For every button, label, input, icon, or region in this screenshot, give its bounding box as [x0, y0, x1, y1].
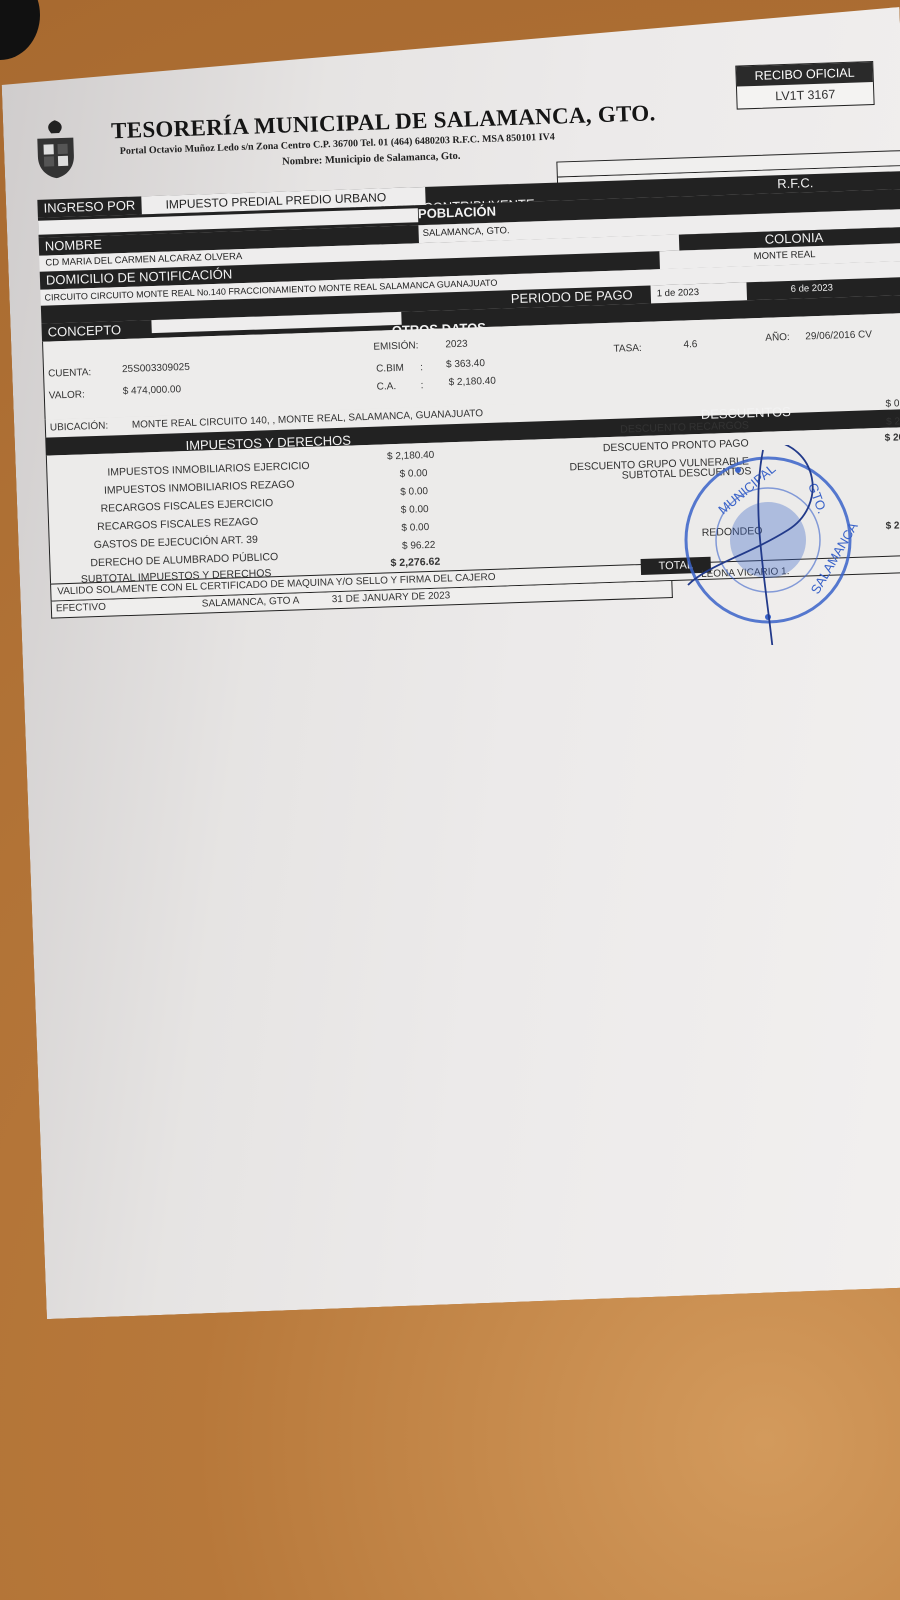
- ubicacion-label: UBICACIÓN:: [50, 418, 109, 438]
- impuesto-value: $ 0.00: [399, 465, 427, 484]
- valor-value: $ 474,000.00: [122, 381, 181, 401]
- subtotal-descuentos-value: $ 261: [884, 429, 900, 448]
- periodo-hasta: 6 de 2023: [790, 279, 833, 298]
- payment-date: 31 DE JANUARY DE 2023: [332, 588, 451, 608]
- municipal-coat-of-arms-icon: [31, 117, 81, 181]
- nombre-label: NOMBRE: [45, 236, 103, 256]
- cbim-sep: :: [420, 359, 423, 377]
- receipt-number: LV1T 3167: [737, 82, 874, 108]
- rfc-label: R.F.C.: [777, 174, 814, 193]
- receipt-document: TESORERÍA MUNICIPAL DE SALAMANCA, GTO. P…: [0, 0, 900, 1299]
- subtotal-impuestos-value: $ 2,276.62: [390, 553, 440, 573]
- ca-sep: :: [420, 377, 423, 395]
- cuenta-label: CUENTA:: [48, 364, 92, 383]
- impuesto-value: $ 0.00: [401, 501, 429, 520]
- tasa-label: TASA:: [613, 340, 642, 359]
- ca-label: C.A.: [376, 378, 396, 397]
- cuenta-value: 25S003309025: [122, 359, 190, 379]
- total-value: $ 2,01: [885, 517, 900, 536]
- anio-value: 29/06/2016 CV: [805, 326, 872, 346]
- anio-label: AÑO:: [765, 329, 790, 348]
- ca-value: $ 2,180.40: [448, 373, 496, 393]
- descuento-value: $ 0.: [885, 395, 900, 414]
- impuesto-value: $ 0.00: [400, 483, 428, 502]
- cbim-label: C.BIM: [376, 360, 404, 379]
- cbim-value: $ 363.40: [446, 355, 486, 374]
- impuesto-value: $ 0.00: [401, 519, 429, 538]
- poblacion-label: POBLACIÓN: [418, 203, 497, 224]
- official-seal-stamp-icon: MUNICIPAL GTO. SALAMANCA: [668, 445, 868, 645]
- payment-method: EFECTIVO: [56, 600, 107, 618]
- valor-label: VALOR:: [49, 386, 86, 405]
- svg-text:GTO.: GTO.: [805, 481, 830, 516]
- emision-label: EMISIÓN:: [373, 337, 419, 356]
- emision-value: 2023: [445, 336, 468, 355]
- receipt-number-box: RECIBO OFICIAL LV1T 3167: [735, 61, 874, 110]
- payment-place: SALAMANCA, GTO A: [202, 593, 300, 612]
- tasa-value: 4.6: [683, 336, 697, 354]
- svg-text:SALAMANCA: SALAMANCA: [808, 519, 861, 596]
- impuesto-value: $ 2,180.40: [387, 447, 435, 467]
